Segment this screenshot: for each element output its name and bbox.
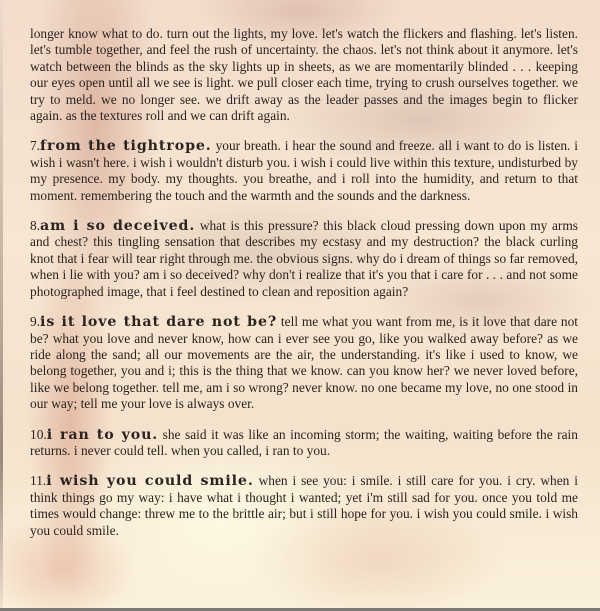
section-title: am i so deceived. — [40, 218, 195, 234]
section-number: 11. — [30, 473, 46, 488]
lyrics-page: longer know what to do. turn out the lig… — [0, 0, 600, 611]
section-number: 10. — [30, 427, 47, 442]
section-7: 7.from the tightrope. your breath. i hea… — [30, 138, 578, 204]
page-left-edge — [0, 0, 3, 611]
section-10: 10.i ran to you. she said it was like an… — [30, 427, 578, 460]
section-number: 8. — [30, 218, 40, 233]
intro-paragraph: longer know what to do. turn out the lig… — [30, 26, 578, 124]
section-number: 9. — [30, 314, 40, 329]
section-11: 11.i wish you could smile. when i see yo… — [30, 473, 578, 539]
section-8: 8.am i so deceived. what is this pressur… — [30, 218, 578, 300]
section-number: 7. — [30, 138, 40, 153]
section-title: i ran to you. — [47, 427, 158, 443]
section-title: i wish you could smile. — [46, 473, 253, 489]
section-9: 9.is it love that dare not be? tell me w… — [30, 314, 578, 412]
section-title: is it love that dare not be? — [40, 314, 277, 330]
section-title: from the tightrope. — [40, 138, 212, 154]
lyrics-text-column: longer know what to do. turn out the lig… — [30, 26, 578, 553]
